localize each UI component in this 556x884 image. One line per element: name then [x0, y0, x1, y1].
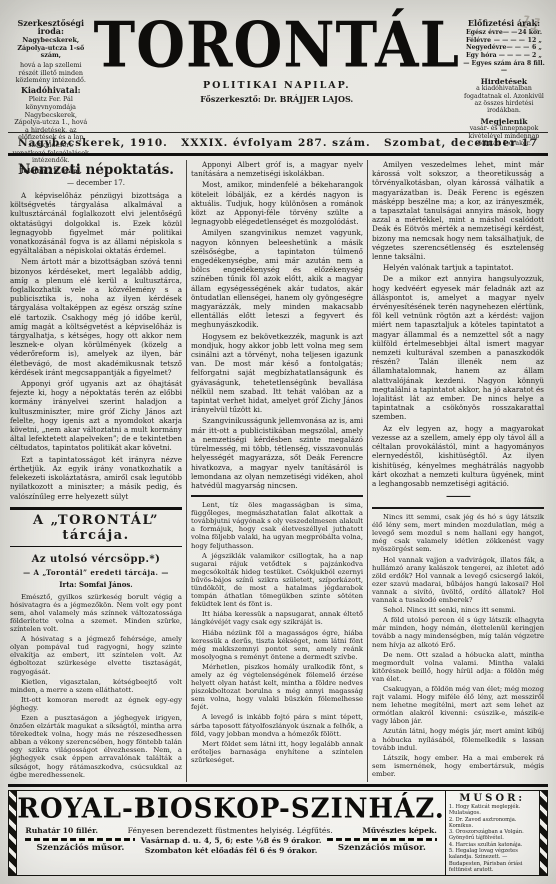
feuilleton-paragraph: Hiába nézünk föl a magasságos égre, hiáb… — [191, 629, 363, 661]
feuilleton-paragraph: Ezen a pusztaságon a jéghegyek irigyen, … — [10, 714, 182, 779]
appears-heading: Megjelenik — [460, 118, 548, 125]
editorial-paragraph: Apponyi gróf ugyanis azt az óhajtását fe… — [10, 379, 182, 453]
office-heading: Szerkesztőségi iroda: — [8, 20, 94, 35]
price-value: 12 „ — [528, 37, 542, 44]
price-row: Félévre — — — — 12 „ — [460, 37, 548, 44]
dateline-issue: XXXIX. évfolyam 287. szám. — [181, 137, 370, 149]
price-dashes: — — — — — [491, 37, 528, 44]
feuilleton-paragraph: Kietlen, vigasztalan, kétségbeejtő volt … — [10, 678, 182, 694]
editor-line: Főszerkesztő: Dr. BRÁJJER LAJOS. — [94, 94, 460, 104]
bottom-rule — [8, 784, 548, 787]
editorial-paragraph: Most, amikor, mindenfelé a békeharangok … — [191, 180, 363, 226]
feuilleton-paragraph: Hol vannak vajjon a vadvirágok, illatos … — [372, 556, 544, 605]
newspaper-page: 11 Szerkesztőségi iroda: Nagybecskerek, … — [0, 0, 556, 884]
section-rule — [372, 507, 544, 509]
feuilleton-paragraph: Csakugyan, a földön még van élet; még mo… — [372, 685, 544, 725]
editorial-office-box: Szerkesztőségi iroda: Nagybecskerek, Záp… — [8, 6, 94, 130]
ad-pictures-note: Művészies képek. — [362, 826, 437, 835]
ads-text: a kiadóhivatalban fogadtatnak el. Azonki… — [460, 85, 548, 115]
showtime-line: Szombaton két előadás fél 6 és 9 órakor. — [141, 846, 322, 856]
column-divider — [186, 160, 187, 782]
ad-times-row: Szenzációs műsor. Vasárnap d. u. 4, 5, 6… — [17, 835, 444, 855]
subscription-heading: Előfizetési árak: — [460, 20, 548, 27]
feuilleton-paragraph: Látszik, hogy ember. Ha a mai emberek rá… — [372, 754, 544, 778]
price-value: 2 „ — [532, 52, 542, 59]
ad-dash-block: Szenzációs műsor. — [25, 838, 135, 853]
feuilleton-paragraph: A levegő is inkább fojtó pára s mint tép… — [191, 713, 363, 737]
editorial-date: — december 17. — [10, 179, 182, 187]
masthead: TORONTÁL POLITIKAI NAPILAP. Főszerkesztő… — [94, 6, 460, 130]
feuilleton-paragraph: Itt hiába keressük a napsugarat, annak é… — [191, 610, 363, 626]
subscription-box: Előfizetési árak: Egész évre — — — — 24 … — [460, 6, 548, 130]
body-columns: Nemzeti népoktatás. — december 17. A kép… — [10, 160, 546, 782]
feuilleton-subtitle: — A „Torontál” eredeti tárcája. — — [10, 568, 182, 577]
editorial-paragraph: Amilyen szangvinikus nemzet vagyunk, nag… — [191, 228, 363, 329]
feuilleton-paragraph: Azután látni, hogy mégis jár, mert amint… — [372, 727, 544, 751]
price-value: 6 „ — [532, 44, 542, 51]
feuilleton-paragraph: Lent, tíz öles magasságban is sima, függ… — [191, 501, 363, 550]
program-heading: MŰSOR: — [449, 793, 536, 804]
feuilleton-story-title: Az utolsó vércsöpp.*) — [10, 554, 182, 565]
sensation-label: Szenzációs műsor. — [25, 843, 135, 853]
ad-main: ROYAL-BIOSKOP-SZINHÁZ. Ruhatár 10 fillér… — [17, 791, 444, 875]
feuilleton-paragraph: Emésztő, gyilkos szürkeség borult végig … — [10, 593, 182, 633]
price-label: Egész évre — [466, 29, 503, 36]
price-label: Egy hóra — [466, 52, 497, 59]
editorial-paragraph: Apponyi Albert gróf is, a magyar nyelv t… — [191, 160, 363, 178]
program-list: MŰSOR: 1. Hogy Katicát meglepjék. Mulats… — [449, 793, 536, 873]
column-1: Nemzeti népoktatás. — december 17. A kép… — [10, 160, 182, 782]
column-divider — [367, 160, 368, 782]
single-copy-price: — Egyes szám ára 8 fill. — — [460, 60, 548, 75]
feuilleton-paragraph: A hósivatag s a jégmező fehérsége, amely… — [10, 635, 182, 675]
program-item: 1. Hogy Katicát meglepjék. Mulatságos. — [449, 804, 536, 817]
price-label: Félévre — [466, 37, 491, 44]
program-item: 2. Dr. Zavod asztronomja. Komikus. — [449, 817, 536, 830]
stripe-decoration-icon — [539, 791, 547, 875]
dateline-bar: Nagybecskerek, 1910. XXXIX. évfolyam 287… — [8, 132, 548, 156]
price-row: Negyedévre — — — — 6 „ — [460, 44, 548, 51]
masthead-row: Szerkesztőségi iroda: Nagybecskerek, Záp… — [8, 6, 548, 130]
ads-heading: Hirdetések — [460, 78, 548, 85]
stripe-decoration-icon — [9, 791, 17, 875]
feuilleton-paragraph: Nincs itt semmi, csak jég és hó s úgy lá… — [372, 513, 544, 553]
ad-venue-note: Fényesen berendezett füstmentes helyiség… — [128, 826, 333, 835]
editorial-paragraph: Nem ártott már a bizottságban szóvá tenn… — [10, 257, 182, 377]
article-end-dash: ——— — [372, 492, 544, 502]
program-item: 3. Oroszországban a Volgán. Gyönyörű táj… — [449, 829, 536, 842]
sensation-label: Szenzációs műsor. — [327, 843, 437, 853]
program-item: 5. Hegalag lovag végzetes kalandja. Szin… — [449, 848, 536, 873]
showtimes: Vasárnap d. u. 4, 5, 6; este ½8 és 9 óra… — [141, 836, 322, 855]
dateline-date: Szombat, december 17 — [384, 137, 538, 149]
newspaper-title: TORONTÁL — [94, 10, 460, 79]
price-dashes: — — — — — [503, 29, 518, 36]
feuilleton-author: Irta: Somfai János. — [10, 580, 182, 589]
editorial-paragraph: Ezt a tapintatosságot két irányra nézve … — [10, 455, 182, 501]
editorial-paragraph: De a mikor ezt annyira hangsulyozzuk, ho… — [372, 274, 544, 421]
feuilleton-paragraph: A jégsziklák valamikor csillogtak, ha a … — [191, 552, 363, 609]
dash-line-icon — [25, 838, 135, 841]
section-rule — [191, 495, 363, 497]
ad-info-row: Ruhatár 10 fillér. Fényesen berendezett … — [17, 824, 444, 835]
ad-cloakroom-note: Ruhatár 10 fillér. — [25, 826, 98, 835]
cinema-advertisement: ROYAL-BIOSKOP-SZINHÁZ. Ruhatár 10 fillér… — [8, 790, 548, 876]
price-dashes: — — — — — [497, 52, 532, 59]
feuilleton-paragraph: Mérhetlen, piszkos homály uralkodik fönt… — [191, 663, 363, 712]
editorial-paragraph: Hogysem ez bekövetkezzék, magunk is azt … — [191, 332, 363, 415]
office-note: hová a lap szellemi részét illető minden… — [12, 62, 90, 85]
office-street: Zápolya-utcza 1-ső szám, — [8, 45, 94, 60]
feuilleton-paragraph: Itt-ott komoran meredt az égnek egy-egy … — [10, 696, 182, 712]
dateline-place: Nagybecskerek, 1910. — [18, 137, 168, 149]
ad-dash-block: Szenzációs műsor. — [327, 838, 437, 853]
program-box: MŰSOR: 1. Hogy Katicát meglepjék. Mulats… — [445, 791, 539, 875]
editorial-paragraph: A képviselőház pénzügyi bizottsága a köl… — [10, 191, 182, 255]
column-2: Apponyi Albert gróf is, a magyar nyelv t… — [191, 160, 363, 782]
price-row: Egész évre — — — — 24 kor. — [460, 29, 548, 36]
editorial-paragraph: Helyén valónak tartjuk a tapintatot. — [372, 263, 544, 272]
feuilleton-paragraph: De nem. Ott szalad a hóbucka alatt, mint… — [372, 651, 544, 683]
price-row: Egy hóra — — — — 2 „ — [460, 52, 548, 59]
editorial-paragraph: Az elv legyen az, hogy a magyarokat veze… — [372, 424, 544, 488]
editorial-paragraph: Amilyen veszedelmes lehet, mint már káro… — [372, 160, 544, 261]
showtime-line: Vasárnap d. u. 4, 5, 6; este ½8 és 9 óra… — [141, 836, 322, 846]
feuilleton-paragraph: Sehol. Nincs itt senki, nincs itt semmi. — [372, 606, 544, 614]
column-3: Amilyen veszedelmes lehet, mint már káro… — [372, 160, 544, 782]
editorial-title: Nemzeti népoktatás. — [10, 162, 182, 178]
price-dashes: — — — — — [506, 44, 532, 51]
publisher-heading: Kiadóhivatal: — [8, 87, 94, 95]
dash-line-icon — [327, 838, 437, 841]
feuilleton-paragraph: A föld utolsó percen él s úgy látszik el… — [372, 616, 544, 648]
feuilleton-section-title: A „TORONTÁL” tárcája. — [10, 507, 182, 547]
editorial-paragraph: Szangvinikusságunk jellemvonása az is, a… — [191, 416, 363, 490]
price-value: 24 kor. — [518, 29, 542, 36]
feuilleton-paragraph: Mert földet sem látni itt, hogy legalább… — [191, 740, 363, 764]
ad-title: ROYAL-BIOSKOP-SZINHÁZ. — [17, 793, 444, 825]
price-label: Negyedévre — [466, 44, 507, 51]
